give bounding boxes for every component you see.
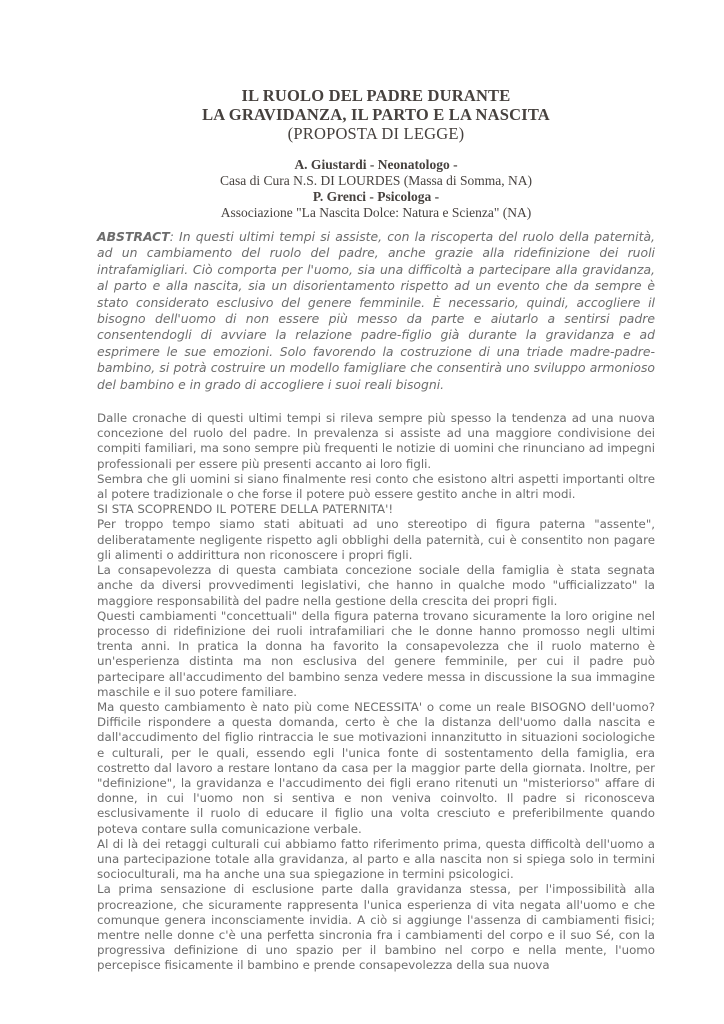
author-affiliation: Casa di Cura N.S. DI LOURDES (Massa di S… — [97, 173, 655, 189]
abstract-label: ABSTRACT — [97, 229, 170, 244]
title-line-1: IL RUOLO DEL PADRE DURANTE — [97, 86, 655, 105]
document-content: IL RUOLO DEL PADRE DURANTE LA GRAVIDANZA… — [97, 0, 655, 974]
document-page: IL RUOLO DEL PADRE DURANTE LA GRAVIDANZA… — [0, 0, 724, 1024]
body-paragraph: Per troppo tempo siamo stati abituati ad… — [97, 517, 655, 563]
body-paragraph: SI STA SCOPRENDO IL POTERE DELLA PATERNI… — [97, 502, 655, 517]
body-paragraph: La prima sensazione di esclusione parte … — [97, 882, 655, 973]
abstract-text: : In questi ultimi tempi si assiste, con… — [97, 229, 655, 392]
abstract-paragraph: ABSTRACT: In questi ultimi tempi si assi… — [97, 229, 655, 393]
body-paragraph: Sembra che gli uomini si siano finalment… — [97, 472, 655, 502]
document-title: IL RUOLO DEL PADRE DURANTE LA GRAVIDANZA… — [97, 86, 655, 143]
body-paragraph: Dalle cronache di questi ultimi tempi si… — [97, 411, 655, 472]
authors-block: A. Giustardi - Neonatologo - Casa di Cur… — [97, 157, 655, 221]
document-body: Dalle cronache di questi ultimi tempi si… — [97, 411, 655, 974]
title-line-2: LA GRAVIDANZA, IL PARTO E LA NASCITA — [97, 105, 655, 124]
author-affiliation: Associazione "La Nascita Dolce: Natura e… — [97, 205, 655, 221]
body-paragraph: Al di là dei retaggi culturali cui abbia… — [97, 837, 655, 883]
author-name: P. Grenci - Psicologa - — [97, 189, 655, 205]
author-name: A. Giustardi - Neonatologo - — [97, 157, 655, 173]
title-line-3: (PROPOSTA DI LEGGE) — [97, 124, 655, 143]
body-paragraph: La consapevolezza di questa cambiata con… — [97, 563, 655, 609]
body-paragraph: Ma questo cambiamento è nato più come NE… — [97, 700, 655, 837]
body-paragraph: Questi cambiamenti "concettuali" della f… — [97, 609, 655, 700]
